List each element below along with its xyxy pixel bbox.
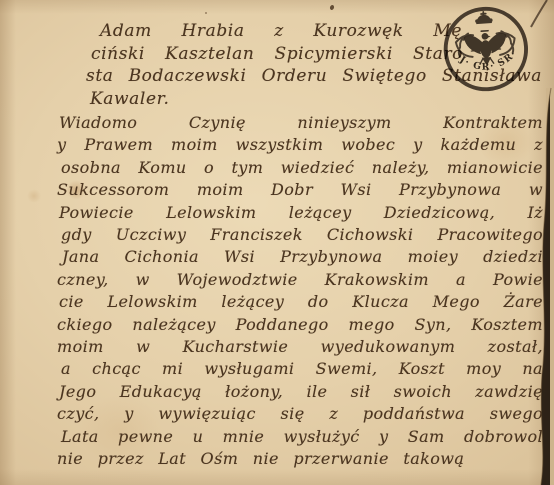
pen-stroke-mark (528, 0, 550, 28)
ink-speck (205, 12, 207, 14)
body-line: moim w Kucharstwie wyedukowanym został, (57, 336, 543, 358)
manuscript-page: Adam Hrabia z Kurozwęk Mę ciński Kasztel… (0, 0, 554, 485)
body-line: Lata pewne u mnie wysłużyć y Sam dobrowo… (61, 426, 543, 448)
body-line: a chcąc mi wysługami Swemi, Koszt moy na (61, 358, 543, 380)
body-line: Jana Cichonia Wsi Przybynowa moiey dzied… (62, 246, 543, 268)
body-line: Powiecie Lelowskim leżącey Dziedzicową, … (59, 202, 543, 224)
body-line: osobna Komu o tym wiedzieć należy, miano… (61, 157, 543, 179)
body-line: ckiego należącey Poddanego mego Syn, Kos… (57, 314, 543, 336)
body-line: czney, w Wojewodztwie Krakowskim a Powie (57, 269, 543, 291)
body-line: czyć, y wywięzuiąc się z poddaństwa sweg… (57, 403, 543, 425)
body-line: nie przez Lat Ośm nie przerwanie takową (57, 448, 543, 470)
body-line: gdy Uczciwy Franciszek Cichowski Pracowi… (61, 224, 543, 246)
manuscript-body: Wiadomo Czynię ninieyszym Kontraktem y P… (57, 112, 543, 471)
header-line: Adam Hrabia z Kurozwęk Mę (100, 20, 462, 43)
header-line: ciński Kasztelan Spicymierski Staro (91, 43, 463, 66)
body-line: y Prawem moim wszystkim wobec y każdemu … (57, 134, 543, 156)
page-edge-shadow (530, 0, 554, 485)
body-line: Wiadomo Czynię ninieyszym Kontraktem (59, 112, 543, 134)
crown-icon (475, 11, 491, 23)
body-line: Sukcessorom moim Dobr Wsi Przybynowa w (57, 179, 543, 201)
body-line: Jego Edukacyą łożony, ile sił swoich zaw… (59, 381, 543, 403)
ink-speck (329, 4, 334, 10)
eagle-stamp: J· GR· SR· (434, 0, 539, 103)
body-line: cie Lelowskim leżącey do Klucza Mego Żar… (59, 291, 543, 313)
